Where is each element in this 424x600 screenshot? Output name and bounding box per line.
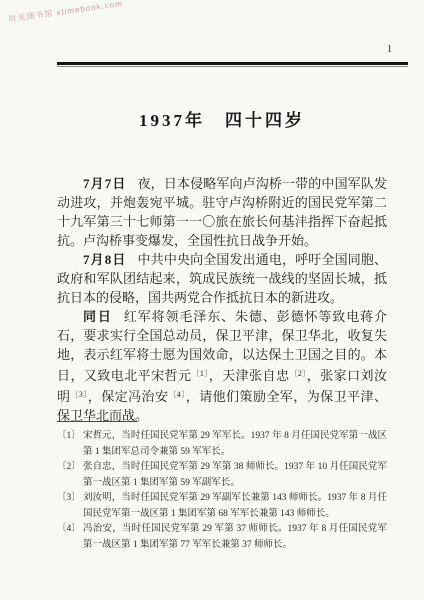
chapter-title: 1937年 四十四岁 (57, 106, 387, 131)
footnote-marker: 〔2〕 (57, 460, 83, 476)
footnote-3: 〔3〕 刘汝明，当时任国民党军第 29 军副军长兼第 143 师师长。1937 … (57, 491, 387, 522)
date-lead-july-7: 7月7日 (83, 176, 127, 191)
footnote-4: 〔4〕 冯治安，当时任国民党军第 29 军第 37 师师长。1937 年 8 月… (57, 522, 387, 553)
paragraph-text: ，天津张自忠 (209, 368, 290, 383)
header-rule-thick-line (57, 62, 408, 65)
footnote-text: 刘汝明，当时任国民党军第 29 军副军长兼第 143 师师长。1937 年 8 … (83, 491, 387, 522)
footnote-2: 〔2〕 张自忠，当时任国民党军第 29 军第 38 师师长。1937 年 10 … (57, 460, 387, 491)
footnote-text: 冯治安，当时任国民党军第 29 军第 37 师师长。1937 年 8 月任国民党… (83, 522, 387, 553)
footnote-ref-1: 〔1〕 (191, 369, 208, 378)
footnote-marker: 〔3〕 (57, 491, 83, 507)
page-number: 1 (387, 44, 392, 55)
header-rule-thin-line (57, 66, 408, 67)
date-lead-same-day: 同日 (83, 309, 113, 324)
body-text: 7月7日夜，日本侵略军向卢沟桥一带的中国军队发动进攻，并炮轰宛平城。驻守卢沟桥附… (57, 174, 387, 425)
footnote-separator (57, 421, 137, 422)
footnote-ref-3: 〔3〕 (70, 390, 87, 399)
scanned-book-page: 时光图书馆 xtimebook.com 1 1937年 四十四岁 7月7日夜，日… (0, 0, 424, 600)
footnotes-section: 〔1〕 宋哲元，当时任国民党军第 29 军军长。1937 年 8 月任国民党军第… (57, 429, 387, 553)
footnote-text: 宋哲元，当时任国民党军第 29 军军长。1937 年 8 月任国民党军第一战区第… (83, 429, 387, 460)
footnote-text: 张自忠，当时任国民党军第 29 军第 38 师师长。1937 年 10 月任国民… (83, 460, 387, 491)
paragraph-july-8: 7月8日中共中央向全国发出通电，呼吁全国同胞、政府和军队团结起来，筑成民族统一战… (57, 250, 387, 307)
paragraph-text: ，保定冯治安 (88, 389, 169, 404)
watermark-text: 时光图书馆 xtimebook.com (8, 0, 123, 25)
paragraph-same-day: 同日红军将领毛泽东、朱德、彭德怀等致电蒋介石，要求实行全国总动员，保卫平津，保卫… (57, 307, 387, 425)
footnote-ref-2: 〔2〕 (289, 369, 306, 378)
footnote-1: 〔1〕 宋哲元，当时任国民党军第 29 军军长。1937 年 8 月任国民党军第… (57, 429, 387, 460)
footnote-ref-4: 〔4〕 (168, 390, 185, 399)
paragraph-july-7: 7月7日夜，日本侵略军向卢沟桥一带的中国军队发动进攻，并炮轰宛平城。驻守卢沟桥附… (57, 174, 387, 250)
footnote-marker: 〔4〕 (57, 522, 83, 538)
date-lead-july-8: 7月8日 (83, 252, 127, 267)
header-rule (57, 62, 408, 67)
footnote-marker: 〔1〕 (57, 429, 83, 445)
